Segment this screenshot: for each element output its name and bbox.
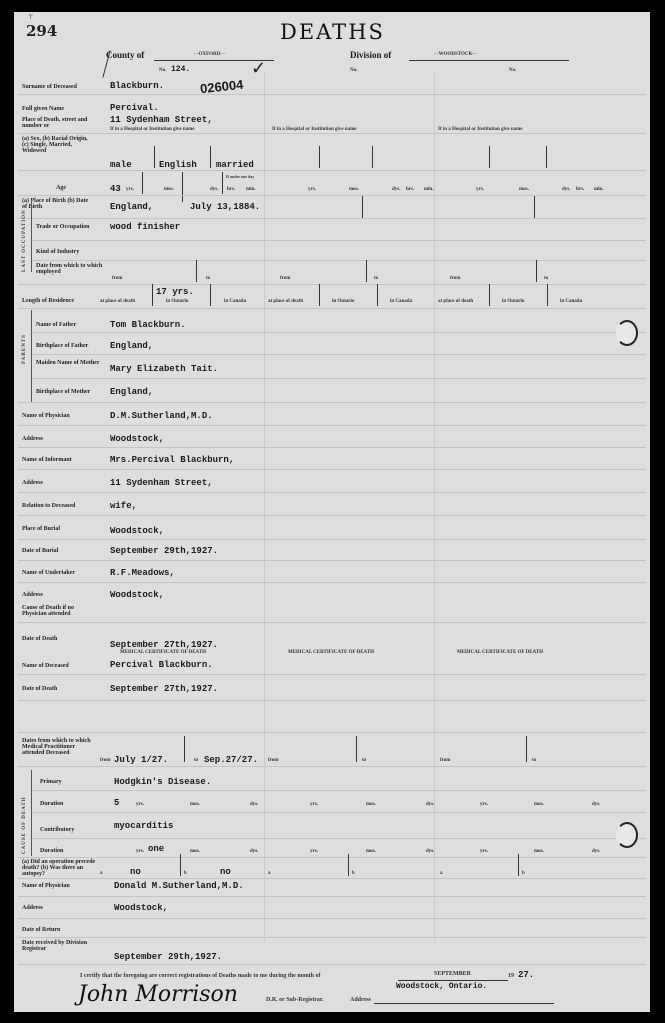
age-hrs-unit-3: hrs.	[576, 187, 584, 192]
label-contributory: Contributory	[40, 827, 74, 834]
primary-dys-unit: dys.	[250, 802, 258, 807]
label-burial-date: Date of Burial	[22, 548, 58, 555]
label-trade: Trade or Occupation	[36, 224, 89, 231]
value-cert-death-date: September 27th,1927.	[110, 684, 218, 694]
age-min-unit-3: min.	[594, 187, 604, 192]
med-cert-header-1: MEDICAL CERTIFICATE OF DEATH	[120, 650, 206, 655]
label-employed-dates: Date from which to which employed	[36, 263, 106, 275]
residence-canada-1: in Canada	[224, 299, 246, 304]
label-date-return: Date of Return	[22, 927, 60, 934]
label-mother-maiden: Maiden Name of Mother	[36, 360, 106, 366]
label-sex-race: (a) Sex, (b) Racial Origin, (c) Single, …	[22, 136, 92, 154]
label-burial-place: Place of Burial	[22, 526, 60, 533]
contrib-yrs-unit-3: yrs.	[480, 849, 488, 854]
contrib-mos-unit-3: mos.	[534, 849, 544, 854]
label-cert-physician-address: Address	[22, 905, 43, 912]
age-mos-unit: mos.	[164, 187, 174, 192]
residence-canada-3: in Canada	[560, 299, 582, 304]
employed-to-3: to	[544, 276, 548, 281]
contrib-dys-unit-3: dys.	[592, 849, 600, 854]
primary-dys-unit-2: dys.	[426, 802, 434, 807]
residence-canada-2: in Canada	[390, 299, 412, 304]
attended-from-label-2: from	[268, 758, 278, 763]
label-physician: Name of Physician	[22, 413, 70, 420]
primary-mos-unit: mos.	[190, 802, 200, 807]
employed-from-3: from	[450, 276, 460, 281]
label-physician-address: Address	[22, 436, 43, 443]
label-informant: Name of Informant	[22, 457, 72, 464]
employed-from-1: from	[112, 276, 122, 281]
operation-a-marker: a	[100, 871, 103, 876]
residence-ontario-3: in Ontario	[502, 299, 524, 304]
death-register-page: ⊤ 294 DEATHS County of - -OXFORD- - Divi…	[14, 12, 650, 1012]
age-yrs-unit-2: yrs.	[308, 187, 316, 192]
age-min-unit-2: min.	[424, 187, 434, 192]
label-cert-date-of-death: Date of Death	[22, 686, 57, 693]
hospital-note-3: If in a Hospital or Institution give nam…	[438, 127, 523, 132]
med-cert-header-3: MEDICAL CERTIFICATE OF DEATH	[457, 650, 543, 655]
label-undertaker: Name of Undertaker	[22, 570, 75, 577]
certify-month: SEPTEMBER	[434, 971, 471, 977]
value-surname: Blackburn.	[110, 81, 164, 91]
age-dys-unit: dys.	[210, 187, 218, 192]
age-yrs-unit: yrs.	[126, 187, 134, 192]
value-cert-physician: Donald M.Sutherland,M.D.	[114, 881, 244, 891]
binder-hole-icon	[616, 320, 638, 346]
value-occupation: wood finisher	[110, 222, 180, 232]
primary-mos-unit-3: mos.	[534, 802, 544, 807]
value-racial-origin: English	[159, 160, 197, 170]
value-physician-address: Woodstock,	[110, 434, 164, 444]
label-surname: Surname of Deceased	[22, 84, 77, 91]
label-undertaker-address: Address	[22, 592, 43, 599]
primary-dys-unit-3: dys.	[592, 802, 600, 807]
label-cause-no-physician: Cause of Death if no Physician attended	[22, 605, 92, 617]
label-cert-physician: Name of Physician	[22, 883, 70, 890]
age-mos-unit-3: mos.	[519, 187, 529, 192]
residence-ontario-2: in Ontario	[332, 299, 354, 304]
value-deceased-name: Percival Blackburn.	[110, 660, 213, 670]
employed-from-2: from	[280, 276, 290, 281]
residence-at-place-2: at place of death	[268, 299, 303, 304]
value-physician: D.M.Sutherland,M.D.	[110, 411, 213, 421]
no-label-2: No.	[350, 68, 357, 73]
age-dys-unit-3: dys.	[562, 187, 570, 192]
primary-mos-unit-2: mos.	[366, 802, 376, 807]
address-value: Woodstock, Ontario.	[396, 982, 487, 991]
age-mos-unit-2: mos.	[349, 187, 359, 192]
value-attended-from: July 1/27.	[114, 755, 168, 765]
page-mark-icon: ⊤	[28, 14, 33, 21]
division-value: - -WOODSTOCK- -	[434, 52, 477, 57]
page-number: 294	[26, 22, 57, 40]
contrib-mos-unit-2: mos.	[366, 849, 376, 854]
attended-from-label-1: from	[100, 758, 110, 763]
no-label-3: No.	[509, 68, 516, 73]
value-informant: Mrs.Percival Blackburn,	[110, 455, 234, 465]
value-death-date: September 27th,1927.	[110, 640, 218, 650]
hospital-note-2: If in a Hospital or Institution give nam…	[272, 127, 357, 132]
certify-year-prefix: 19	[508, 973, 514, 979]
value-primary-duration: 5	[114, 798, 119, 808]
address-label: Address	[350, 997, 371, 1003]
value-mother-maiden: Mary Elizabeth Tait.	[110, 364, 218, 374]
value-informant-address: 11 Sydenham Street,	[110, 478, 213, 488]
operation-a-marker-3: a	[440, 871, 443, 876]
contrib-dys-unit: dys.	[250, 849, 258, 854]
value-age-years: 43	[110, 184, 121, 194]
age-under-day-note: If under one day	[226, 174, 254, 179]
label-primary: Primary	[40, 779, 62, 786]
county-value: - -OXFORD- -	[194, 52, 225, 57]
age-hrs-unit: hrs.	[227, 187, 235, 192]
residence-at-place-3: at place of death	[438, 299, 473, 304]
label-primary-duration: Duration	[40, 801, 63, 808]
primary-yrs-unit: yrs.	[136, 802, 144, 807]
hospital-note-1: If in a Hospital or Institution give nam…	[110, 127, 195, 132]
label-age: Age	[56, 185, 66, 192]
residence-ontario-1: in Ontario	[166, 299, 188, 304]
contrib-dys-unit-2: dys.	[426, 849, 434, 854]
label-contributory-duration: Duration	[40, 848, 63, 855]
value-sex: male	[110, 160, 132, 170]
value-mother-birthplace: England,	[110, 387, 153, 397]
value-autopsy: no	[220, 867, 231, 877]
autopsy-b-marker-2: b	[352, 871, 355, 876]
page-title: DEATHS	[280, 20, 385, 44]
autopsy-b-marker: b	[184, 871, 187, 876]
contrib-mos-unit: mos.	[190, 849, 200, 854]
label-name-deceased: Name of Deceased	[22, 663, 69, 670]
attended-to-label-1: to	[194, 758, 198, 763]
value-father-birthplace: England,	[110, 341, 153, 351]
record-number: 124.	[171, 65, 190, 74]
employed-to-2: to	[374, 276, 378, 281]
contrib-yrs-unit: yrs.	[136, 849, 144, 854]
primary-yrs-unit-2: yrs.	[310, 802, 318, 807]
registrar-signature: John Morrison	[78, 982, 238, 1007]
registrar-label: D.R. or Sub-Registrar.	[266, 997, 324, 1003]
no-label: No.	[159, 68, 166, 73]
operation-a-marker-2: a	[268, 871, 271, 876]
med-cert-header-2: MEDICAL CERTIFICATE OF DEATH	[288, 650, 374, 655]
label-date-of-death: Date of Death	[22, 636, 57, 643]
contrib-yrs-unit-2: yrs.	[310, 849, 318, 854]
county-label: County of	[106, 50, 144, 60]
value-father-name: Tom Blackburn.	[110, 320, 186, 330]
value-contributory-cause: myocarditis	[114, 821, 173, 831]
attended-from-label-3: from	[440, 758, 450, 763]
value-undertaker-address: Woodstock,	[110, 590, 164, 600]
label-operation-autopsy: (a) Did an operation precede death? (b) …	[22, 859, 102, 877]
label-date-received: Date received by Division Registrar	[22, 940, 92, 952]
section-last-occupation: LAST OCCUPATION	[22, 209, 27, 272]
value-undertaker: R.F.Meadows,	[110, 568, 175, 578]
attended-to-label-2: to	[362, 758, 366, 763]
value-operation: no	[130, 867, 141, 877]
value-contributory-duration: one	[148, 844, 164, 854]
binder-hole-icon-2	[616, 822, 638, 848]
section-cause-of-death: CAUSE OF DEATH	[22, 796, 27, 854]
division-label: Division of	[350, 50, 391, 60]
label-residence: Length of Residence	[22, 298, 74, 305]
label-attended-dates: Dates from which to which Medical Practi…	[22, 738, 92, 756]
label-relation: Relation to Deceased	[22, 503, 75, 510]
age-hrs-unit-2: hrs.	[406, 187, 414, 192]
certify-text: I certify that the foregoing are correct…	[80, 973, 321, 979]
section-parents: PARENTS	[22, 334, 27, 364]
age-min-unit: min.	[246, 187, 256, 192]
certify-year: 27.	[518, 970, 534, 980]
value-cert-physician-address: Woodstock,	[114, 903, 168, 913]
label-father-birthplace: Birthplace of Father	[36, 343, 88, 350]
value-burial-place: Woodstock,	[110, 526, 164, 536]
value-relation: wife,	[110, 501, 137, 511]
value-attended-to: Sep.27/27.	[204, 755, 258, 765]
label-full-name: Full given Name	[22, 106, 64, 113]
value-burial-date: September 29th,1927.	[110, 546, 218, 556]
label-birth: (a) Place of Birth (b) Date of Birth	[22, 198, 92, 210]
age-yrs-unit-3: yrs.	[476, 187, 484, 192]
employed-to-1: to	[206, 276, 210, 281]
label-informant-address: Address	[22, 480, 43, 487]
label-place-of-death: Place of Death, street and number or	[22, 117, 92, 129]
value-primary-cause: Hodgkin's Disease.	[114, 777, 211, 787]
value-residence-ontario: 17 yrs.	[156, 287, 194, 297]
autopsy-b-marker-3: b	[522, 871, 525, 876]
value-given-name: Percival.	[110, 103, 159, 113]
age-dys-unit-2: dys.	[392, 187, 400, 192]
value-marital-status: married	[216, 160, 254, 170]
attended-to-label-3: to	[532, 758, 536, 763]
value-birth-date: July 13,1884.	[190, 202, 260, 212]
label-father-name: Name of Father	[36, 322, 76, 329]
residence-at-place-1: at place of death	[100, 299, 135, 304]
primary-yrs-unit-3: yrs.	[480, 802, 488, 807]
value-date-received: September 29th,1927.	[114, 952, 222, 962]
label-mother-birthplace: Birthplace of Mother	[36, 389, 90, 396]
value-place-of-death: 11 Sydenham Street,	[110, 115, 213, 125]
label-industry: Kind of Industry	[36, 249, 79, 256]
value-birth-place: England,	[110, 202, 153, 212]
